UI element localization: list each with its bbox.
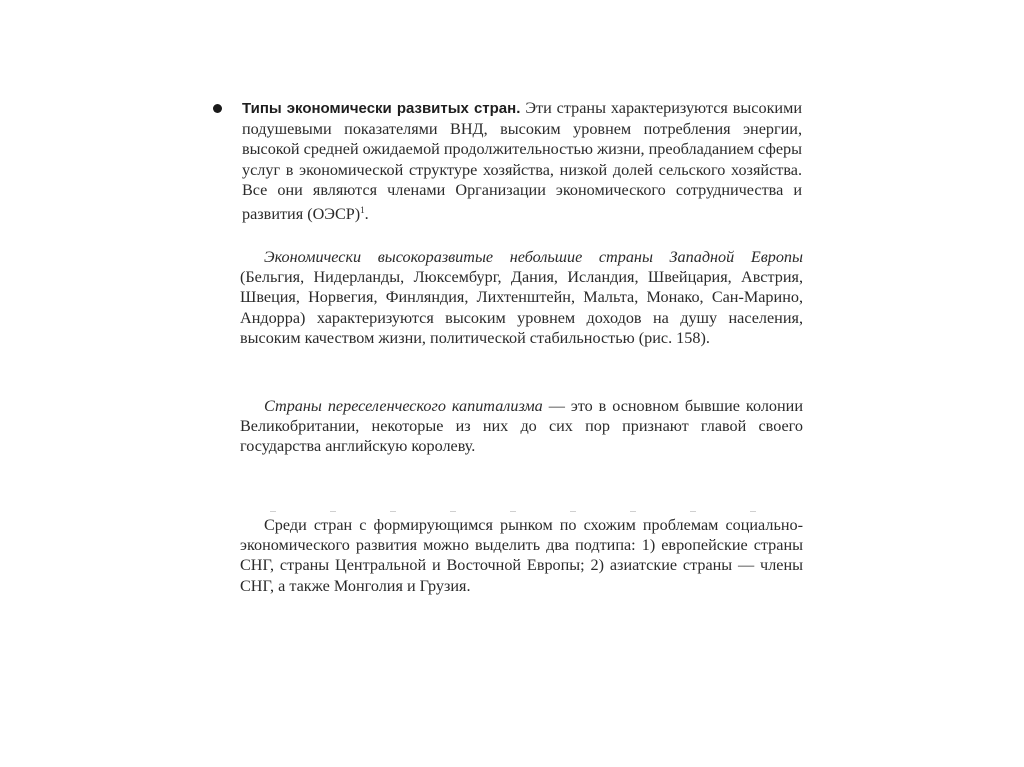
scan-artifact-divider	[270, 511, 780, 512]
paragraph-text: (Бельгия, Нидерланды, Люксембург, Дания,…	[240, 268, 803, 347]
bold-heading: Типы экономически развитых стран.	[242, 100, 520, 117]
paragraph-text: Среди стран с формирующимся рынком по сх…	[240, 516, 803, 595]
italic-heading: Экономически высокоразвитые небольшие ст…	[264, 248, 803, 266]
paragraph-settler-capitalism: Страны переселенческого капитализма — эт…	[240, 396, 803, 457]
paragraph-text: Эти страны характеризуются высокими поду…	[242, 99, 802, 223]
paragraph-emerging-markets: Среди стран с формирующимся рынком по сх…	[240, 515, 803, 596]
paragraph-western-europe: Экономически высокоразвитые небольшие ст…	[240, 247, 803, 348]
italic-heading: Страны переселенческого капитализма	[264, 397, 543, 415]
paragraph-developed-country-types: Типы экономически развитых стран. Эти ст…	[242, 98, 802, 224]
bullet-icon	[213, 104, 222, 113]
